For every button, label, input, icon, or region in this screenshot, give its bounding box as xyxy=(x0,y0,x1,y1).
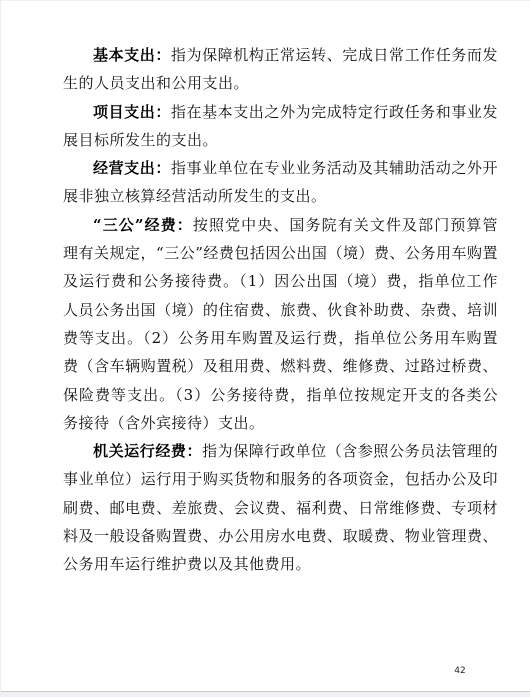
document-page: 基本支出：指为保障机构正常运转、完成日常工作任务而发生的人员支出和公用支出。 项… xyxy=(0,0,530,697)
definition-agency-operating-funds: 指为保障行政单位（含参照公务员法管理的事业单位）运行用于购买货物和服务的各项资金… xyxy=(63,442,498,573)
page-bottom-edge-divider xyxy=(1,691,530,697)
paragraph-agency-operating-funds: 机关运行经费：指为保障行政单位（含参照公务员法管理的事业单位）运行用于购买货物和… xyxy=(63,437,498,578)
document-body-text: 基本支出：指为保障机构正常运转、完成日常工作任务而发生的人员支出和公用支出。 项… xyxy=(63,41,498,579)
paragraph-project-expenditure: 项目支出：指在基本支出之外为完成特定行政任务和事业发展目标所发生的支出。 xyxy=(63,98,498,155)
term-agency-operating-funds: 机关运行经费： xyxy=(93,442,202,460)
paragraph-operating-expenditure: 经营支出：指事业单位在专业业务活动及其辅助活动之外开展非独立核算经营活动所发生的… xyxy=(63,154,498,211)
term-three-public-funds: “三公”经费： xyxy=(93,216,193,234)
term-basic-expenditure: 基本支出： xyxy=(93,46,171,64)
definition-three-public-funds: 按照党中央、国务院有关文件及部门预算管理有关规定，“三公”经费包括因公出国（境）… xyxy=(63,216,498,432)
term-project-expenditure: 项目支出： xyxy=(93,103,171,121)
page-number: 42 xyxy=(447,666,473,676)
paragraph-three-public-funds: “三公”经费：按照党中央、国务院有关文件及部门预算管理有关规定，“三公”经费包括… xyxy=(63,211,498,437)
term-operating-expenditure: 经营支出： xyxy=(93,159,171,177)
paragraph-basic-expenditure: 基本支出：指为保障机构正常运转、完成日常工作任务而发生的人员支出和公用支出。 xyxy=(63,41,498,98)
